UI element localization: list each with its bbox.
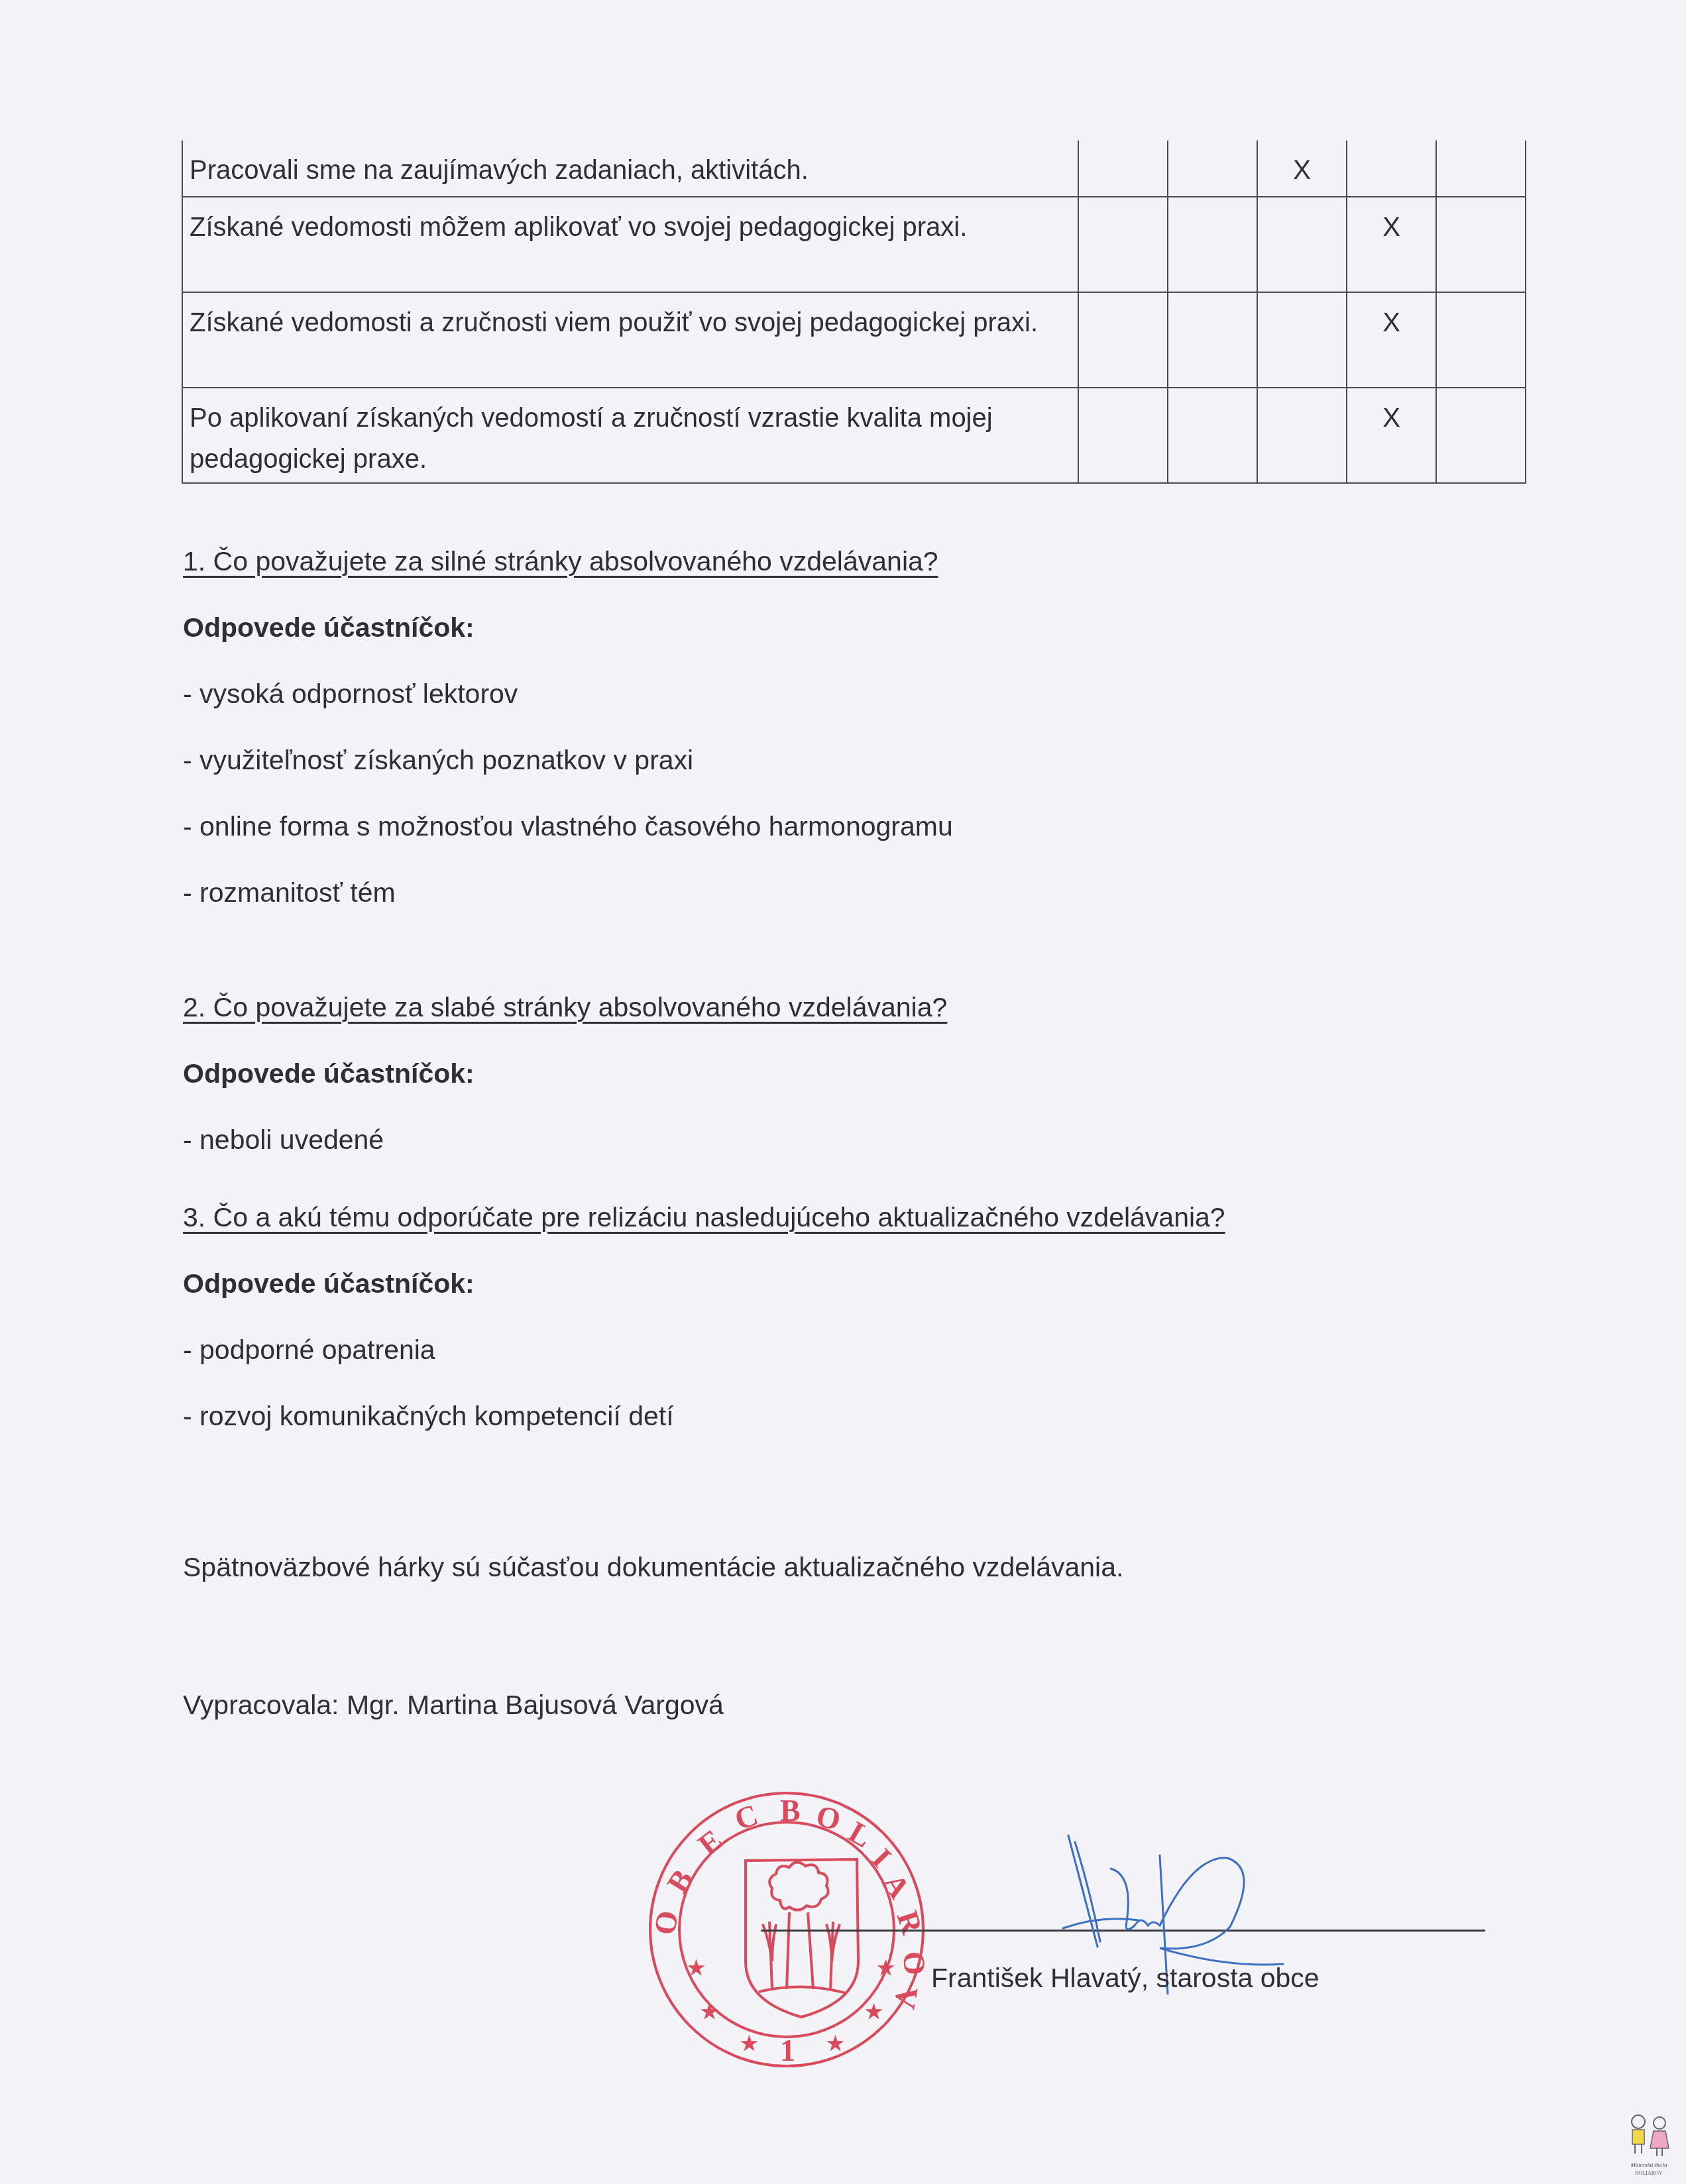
- answer-item: - vysoká odpornosť lektorov: [183, 677, 953, 710]
- svg-text:★: ★: [701, 2001, 718, 2023]
- document-page: Pracovali sme na zaujímavých zadaniach, …: [0, 0, 1686, 2184]
- rating-cell: X: [1257, 140, 1347, 197]
- table-row: Získané vedomosti a zručnosti viem použi…: [182, 292, 1526, 388]
- svg-text:E: E: [692, 1823, 729, 1862]
- statement-cell: Získané vedomosti môžem aplikovať vo svo…: [182, 197, 1078, 292]
- svg-text:L: L: [843, 1814, 877, 1854]
- answer-item: - využiteľnosť získaných poznatkov v pra…: [183, 743, 953, 777]
- svg-text:V: V: [887, 1984, 925, 2012]
- rating-cell: [1078, 140, 1168, 197]
- documentation-note: Spätnoväzbové hárky sú súčasťou dokument…: [183, 1551, 1123, 1584]
- svg-text:1: 1: [780, 2034, 795, 2067]
- rating-cell: [1168, 292, 1257, 388]
- question-1-heading: 1. Čo považujete za silné stránky absolv…: [183, 545, 953, 578]
- rating-cell: [1436, 197, 1526, 292]
- statement-cell: Získané vedomosti a zručnosti viem použi…: [182, 292, 1078, 388]
- rating-cell: X: [1347, 292, 1436, 388]
- rating-cell: [1347, 140, 1436, 197]
- rating-cell: [1257, 292, 1347, 388]
- municipal-stamp-icon: O B E C B O L I A R O V 1 ★ ★ ★ ★ ★ ★: [640, 1782, 938, 2074]
- svg-text:B: B: [780, 1794, 801, 1828]
- rating-cell: [1436, 140, 1526, 197]
- svg-text:★: ★: [877, 1957, 895, 1979]
- question-3-heading: 3. Čo a akú tému odporúčate pre relizáci…: [183, 1201, 1225, 1234]
- rating-cell: X: [1347, 197, 1436, 292]
- question-2-section: 2. Čo považujete za slabé stránky absolv…: [183, 991, 947, 1156]
- table-row: Po aplikovaní získaných vedomostí a zruč…: [182, 388, 1526, 483]
- rating-cell: [1257, 388, 1347, 483]
- svg-text:O: O: [897, 1950, 932, 1976]
- rating-cell: [1168, 140, 1257, 197]
- prepared-by: Vypracovala: Mgr. Martina Bajusová Vargo…: [183, 1688, 724, 1721]
- kindergarten-logo-icon: Materská škola BOLIAROV: [1622, 2106, 1675, 2179]
- rating-cell: [1257, 197, 1347, 292]
- answer-item: - online forma s možnosťou vlastného čas…: [183, 810, 953, 843]
- question-3-section: 3. Čo a akú tému odporúčate pre relizáci…: [183, 1201, 1225, 1433]
- rating-cell: [1168, 388, 1257, 483]
- rating-cell: [1168, 197, 1257, 292]
- table-row: Pracovali sme na zaujímavých zadaniach, …: [182, 140, 1526, 197]
- svg-text:★: ★: [740, 2033, 758, 2055]
- statement-cell: Po aplikovaní získaných vedomostí a zruč…: [182, 388, 1078, 483]
- signer-name: František Hlavatý, starosta obce: [931, 1961, 1320, 1994]
- rating-cell: [1078, 197, 1168, 292]
- svg-text:O: O: [647, 1908, 685, 1938]
- question-2-heading: 2. Čo považujete za slabé stránky absolv…: [183, 991, 947, 1024]
- answers-label: Odpovede účastníčok:: [183, 1267, 1225, 1300]
- svg-text:C: C: [730, 1798, 761, 1837]
- rating-cell: [1436, 292, 1526, 388]
- svg-text:★: ★: [826, 2033, 844, 2055]
- svg-text:Materská škola: Materská škola: [1630, 2161, 1667, 2168]
- answer-item: - rozvoj komunikačných kompetencií detí: [183, 1399, 1225, 1433]
- svg-text:O: O: [813, 1798, 844, 1837]
- rating-cell: [1078, 388, 1168, 483]
- svg-text:★: ★: [865, 2001, 883, 2023]
- answers-label: Odpovede účastníčok:: [183, 611, 953, 644]
- question-1-section: 1. Čo považujete za silné stránky absolv…: [183, 545, 953, 909]
- answers-label: Odpovede účastníčok:: [183, 1057, 947, 1090]
- svg-text:B: B: [660, 1863, 700, 1898]
- statement-cell: Pracovali sme na zaujímavých zadaniach, …: [182, 140, 1078, 197]
- answer-item: - rozmanitosť tém: [183, 876, 953, 909]
- rating-table: Pracovali sme na zaujímavých zadaniach, …: [182, 140, 1526, 484]
- rating-cell: [1436, 388, 1526, 483]
- answer-item: - podporné opatrenia: [183, 1333, 1225, 1366]
- svg-text:BOLIAROV: BOLIAROV: [1635, 2170, 1663, 2176]
- rating-cell: X: [1347, 388, 1436, 483]
- rating-cell: [1078, 292, 1168, 388]
- svg-text:I: I: [866, 1842, 898, 1874]
- answer-item: - neboli uvedené: [183, 1123, 947, 1156]
- svg-text:★: ★: [687, 1957, 705, 1979]
- table-row: Získané vedomosti môžem aplikovať vo svo…: [182, 197, 1526, 292]
